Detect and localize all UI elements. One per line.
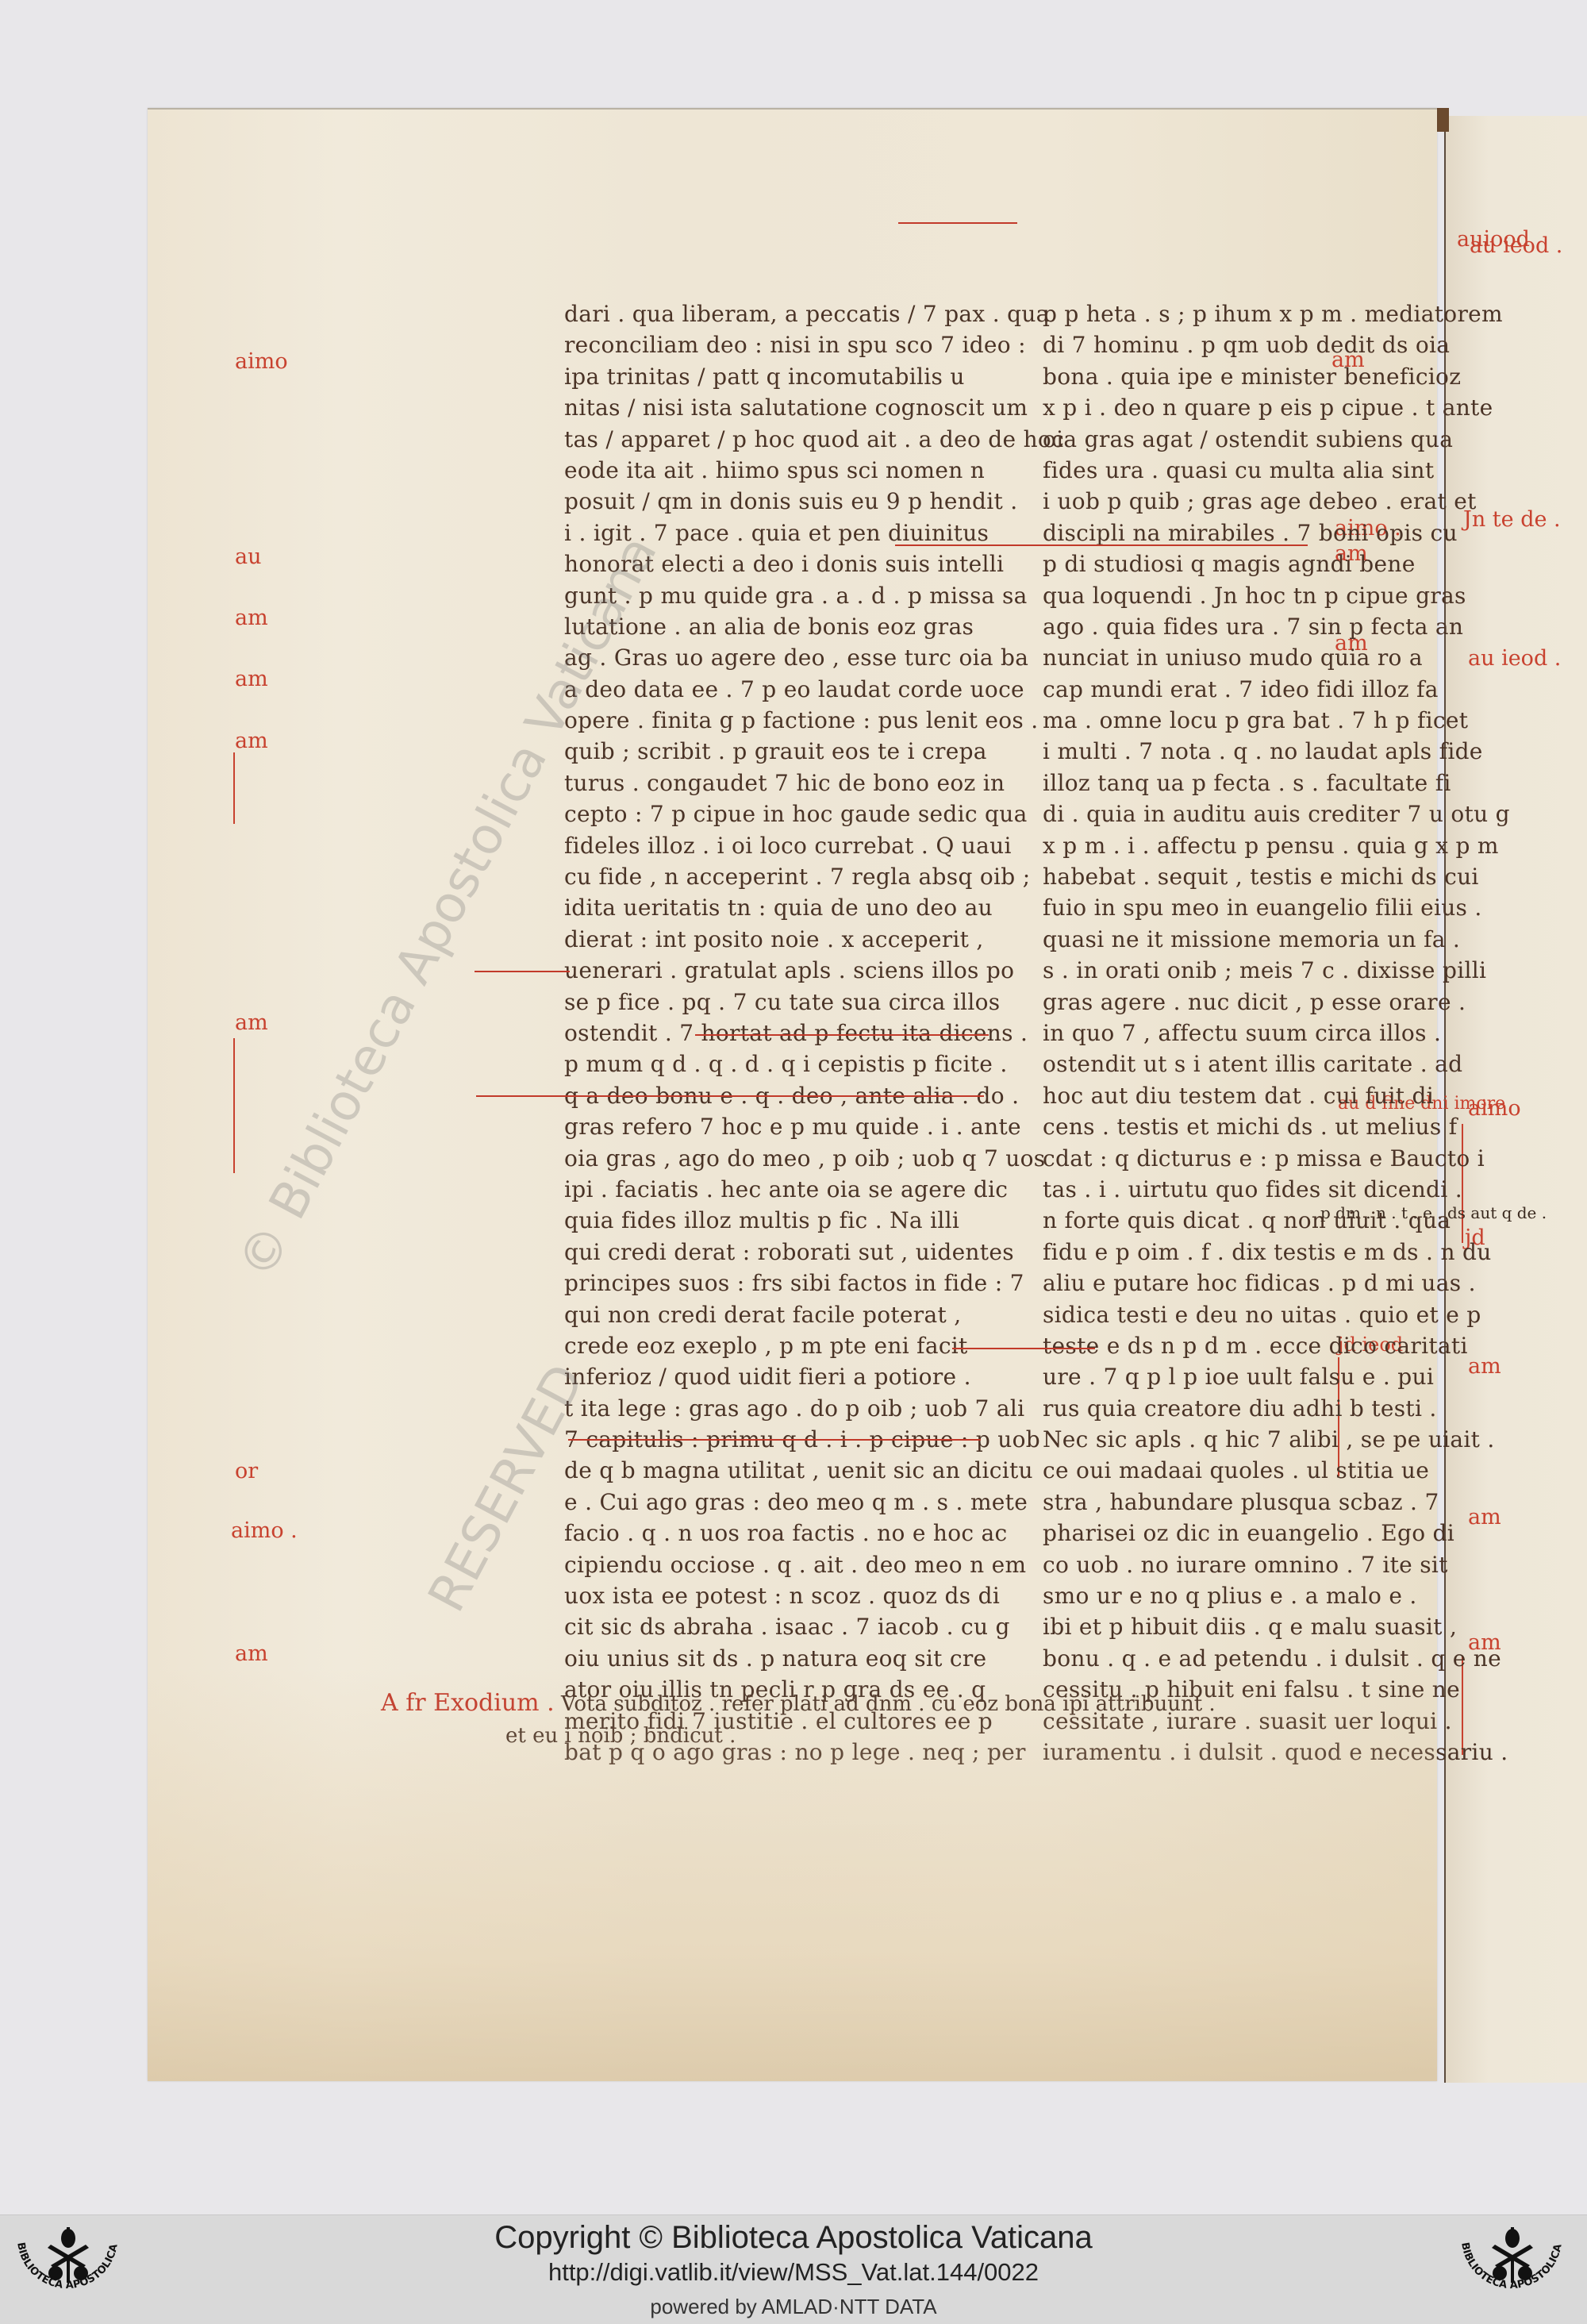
manuscript-line: nunciat in uniuso mudo quia ro a xyxy=(1043,642,1487,673)
manuscript-line: uox ista ee potest : n scoz . quoz ds di xyxy=(564,1580,997,1611)
manuscript-line: gras refero 7 hoc e p mu quide . i . ant… xyxy=(564,1111,997,1142)
manuscript-page: aimo au am am am am or aimo . am am aimo… xyxy=(148,108,1437,2081)
manuscript-line: tas / apparet / p hoc quod ait . a deo d… xyxy=(564,424,997,455)
manuscript-line: ce oui madaai quoles . ul stitia ue xyxy=(1043,1455,1487,1486)
vatican-library-logo-right: BIBLIOTECA APOSTOLICA VATICANA xyxy=(1452,2222,1571,2322)
manuscript-line: posuit / qm in donis suis eu 9 p hendit … xyxy=(564,486,997,517)
manuscript-line: cessitu . p hibuit eni falsu . t sine ne xyxy=(1043,1674,1487,1705)
manuscript-line: cepto : 7 p cipue in hoc gaude sedic qua xyxy=(564,798,997,829)
margin-note: am xyxy=(235,729,268,753)
manuscript-line: ostendit ut s i atent illis caritate . a… xyxy=(1043,1048,1487,1079)
manuscript-line: oia gras agat / ostendit subiens qua xyxy=(1043,424,1487,455)
manuscript-line: dari . qua liberam, a peccatis / 7 pax .… xyxy=(564,298,997,329)
explicit-line-2: et eu i noib ; bndicut . xyxy=(505,1724,736,1748)
manuscript-line: reconciliam deo : nisi in spu sco 7 ideo… xyxy=(564,329,997,360)
text-column-left: dari . qua liberam, a peccatis / 7 pax .… xyxy=(564,298,997,1768)
manuscript-line: se p fice . pq . 7 cu tate sua circa ill… xyxy=(564,987,997,1018)
powered-by-text: powered by AMLAD·NTT DATA xyxy=(0,2295,1587,2319)
manuscript-line: p di studiosi q magis agndi bene xyxy=(1043,548,1487,579)
copyright-text: Copyright © Biblioteca Apostolica Vatica… xyxy=(0,2220,1587,2256)
manuscript-line: p p heta . s ; p ihum x p m . mediatorem xyxy=(1043,298,1487,329)
manuscript-line: fides ura . quasi cu multa alia sint xyxy=(1043,455,1487,486)
manuscript-line: cit sic ds abraha . isaac . 7 iacob . cu… xyxy=(564,1611,997,1642)
manuscript-line: tas . i . uirtutu quo fides sit dicendi … xyxy=(1043,1174,1487,1205)
margin-note: am xyxy=(235,1010,268,1035)
margin-note: auiood xyxy=(1457,227,1530,252)
manuscript-line: in quo 7 , affectu suum circa illos . xyxy=(1043,1018,1487,1048)
manuscript-line: dierat : int posito noie . x acceperit , xyxy=(564,924,997,955)
rubric-underline xyxy=(475,971,570,972)
rubric-underline xyxy=(952,1348,1095,1349)
manuscript-line: s . in orati onib ; meis 7 c . dixisse p… xyxy=(1043,955,1487,986)
manuscript-line: aliu e putare hoc fidicas . p d mi uas . xyxy=(1043,1268,1487,1299)
explicit-label: A fr Exodium . xyxy=(381,1689,555,1717)
margin-note: aimo xyxy=(235,349,288,374)
manuscript-line: quasi ne it missione memoria un fa . xyxy=(1043,924,1487,955)
manuscript-line: eode ita ait . hiimo spus sci nomen n xyxy=(564,455,997,486)
manuscript-line: pharisei oz dic in euangelio . Ego di xyxy=(1043,1518,1487,1549)
manuscript-line: p mum q d . q . d . q i cepistis p ficit… xyxy=(564,1048,997,1079)
manuscript-line: ma . omne locu p gra bat . 7 h p ficet xyxy=(1043,705,1487,736)
manuscript-line: bonu . q . e ad petendu . i dulsit . q e… xyxy=(1043,1643,1487,1674)
margin-note: am xyxy=(235,1641,268,1666)
manuscript-line: ipa trinitas / patt q incomutabilis u xyxy=(564,361,997,392)
manuscript-line: cu fide , n acceperint . 7 regla absq oi… xyxy=(564,861,997,892)
manuscript-line: smo ur e no q plius e . a malo e . xyxy=(1043,1580,1487,1611)
manuscript-line: rus quia creatore diu adhi b testi . xyxy=(1043,1393,1487,1424)
manuscript-line: teste e ds n p d m . ecce dico caritati xyxy=(1043,1330,1487,1361)
manuscript-line: stra , habundare plusqua scbaz . 7 xyxy=(1043,1487,1487,1518)
manuscript-line: ostendit . 7 hortat ad p fectu ita dicen… xyxy=(564,1018,997,1048)
manuscript-line: habebat . sequit , testis e michi ds cui xyxy=(1043,861,1487,892)
manuscript-line: iuramentu . i dulsit . quod e necessariu… xyxy=(1043,1737,1487,1768)
explicit-line-1: Vota subditoz . refer plati ad dnm . cu … xyxy=(561,1692,1216,1716)
manuscript-line: ator oiu illis tn pecli r p gra ds ee . … xyxy=(564,1674,997,1705)
manuscript-line: n forte quis dicat . q non uiuit . qua xyxy=(1043,1205,1487,1236)
manuscript-line: i uob p quib ; gras age debeo . erat et xyxy=(1043,486,1487,517)
manuscript-line: oiu unius sit ds . p natura eoq sit cre xyxy=(564,1643,997,1674)
image-viewer[interactable]: au ieod . Jn te de . au ieod . aimo jd a… xyxy=(0,0,1587,2214)
manuscript-line: e . Cui ago gras : deo meo q m . s . met… xyxy=(564,1487,997,1518)
manuscript-line: oia gras , ago do meo , p oib ; uob q 7 … xyxy=(564,1143,997,1174)
manuscript-line: bat p q o ago gras : no p lege . neq ; p… xyxy=(564,1737,997,1768)
rubric-underline xyxy=(695,1034,989,1036)
manuscript-line: gras agere . nuc dicit , p esse orare . xyxy=(1043,987,1487,1018)
manuscript-line: cens . testis et michi ds . ut melius f xyxy=(1043,1111,1487,1142)
manuscript-line: fuio in spu meo in euangelio filii eius … xyxy=(1043,892,1487,923)
manuscript-line: opere . finita g p factione : pus lenit … xyxy=(564,705,997,736)
manuscript-line: ipi . faciatis . hec ante oia se agere d… xyxy=(564,1174,997,1205)
manuscript-line: qua loquendi . Jn hoc tn p cipue gras xyxy=(1043,580,1487,611)
manuscript-line: cdat : q dicturus e : p missa e Baucto i xyxy=(1043,1143,1487,1174)
manuscript-line: cipiendu occiose . q . ait . deo meo n e… xyxy=(564,1549,997,1580)
library-emblem-icon: BIBLIOTECA APOSTOLICA VATICANA xyxy=(1452,2222,1571,2322)
rubric-bracket xyxy=(233,752,235,824)
manuscript-line: facio . q . n uos roa factis . no e hoc … xyxy=(564,1518,997,1549)
manuscript-line: fidu e p oim . f . dix testis e m ds . n… xyxy=(1043,1237,1487,1268)
manuscript-line: fideles illoz . i oi loco currebat . Q u… xyxy=(564,830,997,861)
manuscript-line: di 7 hominu . p qm uob dedit ds oia xyxy=(1043,329,1487,360)
manuscript-line: sidica testi e deu no uitas . quio et e … xyxy=(1043,1299,1487,1330)
manuscript-line: cap mundi erat . 7 ideo fidi illoz fa xyxy=(1043,674,1487,705)
manuscript-line: merito fidi 7 iustitie . el cultores ee … xyxy=(564,1706,997,1737)
manuscript-line: nitas / nisi ista salutatione cognoscit … xyxy=(564,392,997,423)
manuscript-line: hoc aut diu testem dat . cui fuit di xyxy=(1043,1080,1487,1111)
manuscript-line: quia fides illoz multis p fic . Na illi xyxy=(564,1205,997,1236)
manuscript-line: principes suos : frs sibi factos in fide… xyxy=(564,1268,997,1299)
manuscript-line: idita ueritatis tn : quia de uno deo au xyxy=(564,892,997,923)
margin-note: am xyxy=(235,667,268,691)
explicit-note: A fr Exodium . Vota subditoz . refer pla… xyxy=(381,1689,1216,1717)
margin-note: aimo . xyxy=(231,1518,298,1543)
manuscript-line: turus . congaudet 7 hic de bono eoz in xyxy=(564,768,997,798)
manuscript-line: qui non credi derat facile poterat , xyxy=(564,1299,997,1330)
manuscript-line: x p m . i . affectu p pensu . quia g x p… xyxy=(1043,830,1487,861)
manuscript-line: ago . quia fides ura . 7 sin p fecta an xyxy=(1043,611,1487,642)
manuscript-line: crede eoz exeplo , p m pte eni facit xyxy=(564,1330,997,1361)
manuscript-line: i multi . 7 nota . q . no laudat apls fi… xyxy=(1043,736,1487,767)
manuscript-line: Nec sic apls . q hic 7 alibi , se pe uia… xyxy=(1043,1424,1487,1455)
manuscript-line: x p i . deo n quare p eis p cipue . t an… xyxy=(1043,392,1487,423)
margin-note: au xyxy=(235,544,262,569)
manuscript-line: de q b magna utilitat , uenit sic an dic… xyxy=(564,1455,997,1486)
manuscript-line: co uob . no iurare omnino . 7 ite sit xyxy=(1043,1549,1487,1580)
manuscript-line: inferioz / quod uidit fieri a potiore . xyxy=(564,1361,997,1392)
manuscript-line: a deo data ee . 7 p eo laudat corde uoce xyxy=(564,674,997,705)
manuscript-line: di . quia in auditu auis crediter 7 u ot… xyxy=(1043,798,1487,829)
library-emblem-icon: BIBLIOTECA APOSTOLICA VATICANA xyxy=(8,2222,127,2322)
manuscript-line: illoz tanq ua p fecta . s . facultate fi xyxy=(1043,768,1487,798)
permalink-url[interactable]: http://digi.vatlib.it/view/MSS_Vat.lat.1… xyxy=(0,2258,1587,2287)
footer-bar: Copyright © Biblioteca Apostolica Vatica… xyxy=(0,2214,1587,2324)
manuscript-line: uenerari . gratulat apls . sciens illos … xyxy=(564,955,997,986)
manuscript-line: qui credi derat : roborati sut , uidente… xyxy=(564,1237,997,1268)
manuscript-line: ibi et p hibuit diis . q e malu suasit , xyxy=(1043,1611,1487,1642)
manuscript-line: t ita lege : gras ago . do p oib ; uob 7… xyxy=(564,1393,997,1424)
rubric-underline xyxy=(568,1439,981,1441)
rubric-bracket xyxy=(233,1038,235,1173)
rubric-underline xyxy=(898,222,1017,224)
text-column-right: p p heta . s ; p ihum x p m . mediatorem… xyxy=(1043,298,1487,1768)
rubric-underline xyxy=(895,544,1308,546)
manuscript-line: quib ; scribit . p grauit eos te i crepa xyxy=(564,736,997,767)
manuscript-line: ag . Gras uo agere deo , esse turc oia b… xyxy=(564,642,997,673)
margin-note: or xyxy=(235,1459,258,1483)
manuscript-line: cessitate , iurare . suasit uer loqui . xyxy=(1043,1706,1487,1737)
rubric-underline xyxy=(476,1095,984,1097)
manuscript-line: bona . quia ipe e minister beneficioz xyxy=(1043,361,1487,392)
vatican-library-logo-left: BIBLIOTECA APOSTOLICA VATICANA xyxy=(8,2222,127,2322)
manuscript-line: ure . 7 q p l p ioe uult falsu e . pui xyxy=(1043,1361,1487,1392)
margin-note: am xyxy=(235,606,268,630)
